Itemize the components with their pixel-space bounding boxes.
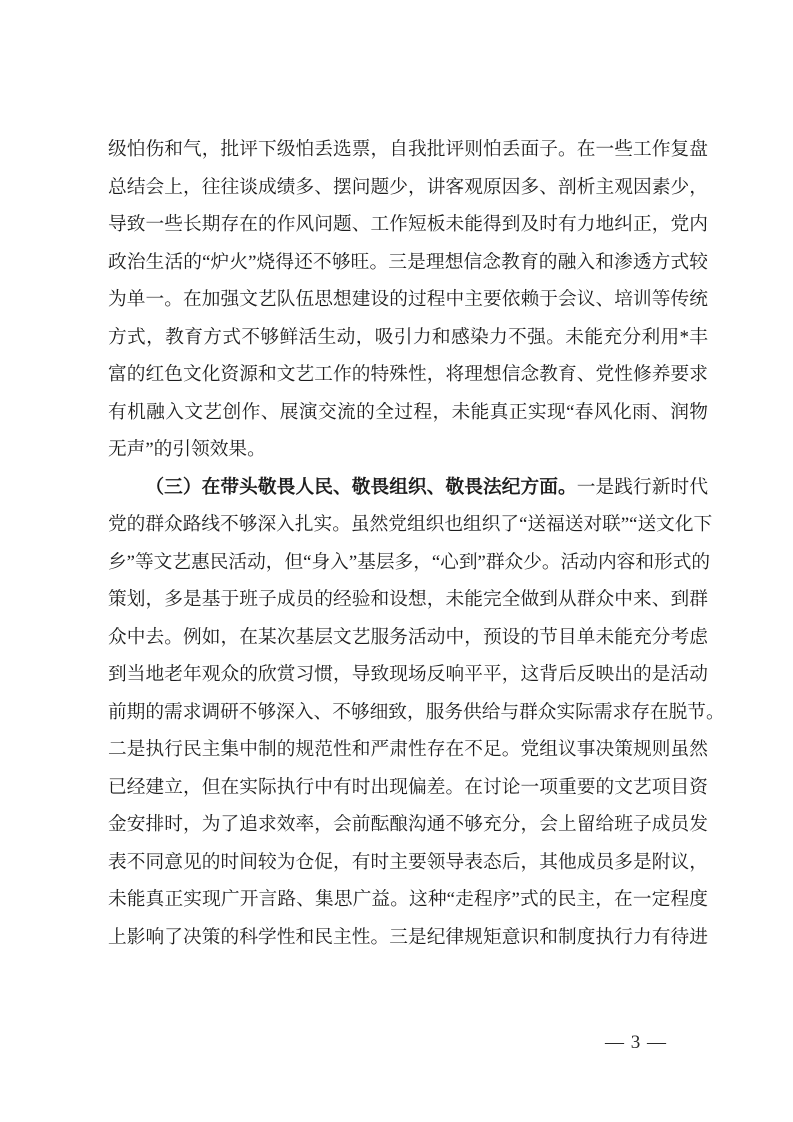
text-run: 策划，多是基于班子成员的经验和设想，未能完全做到从群众中来、到群 bbox=[108, 589, 708, 610]
text-line: 到当地老年观众的欣赏习惯，导致现场反响平平，这背后反映出的是活动 bbox=[108, 656, 708, 694]
text-body: 级怕伤和气，批评下级怕丢选票，自我批评则怕丢面子。在一些工作复盘总结会上，往往谈… bbox=[108, 131, 708, 956]
text-line: 乡”等文艺惠民活动，但“身入”基层多，“心到”群众少。活动内容和形式的 bbox=[108, 544, 708, 582]
text-line: 级怕伤和气，批评下级怕丢选票，自我批评则怕丢面子。在一些工作复盘 bbox=[108, 131, 708, 169]
text-run: 乡”等文艺惠民活动，但“身入”基层多，“心到”群众少。活动内容和形式的 bbox=[108, 552, 710, 573]
text-run: 有机融入文艺创作、展演交流的全过程，未能真正实现“春风化雨、润物 bbox=[108, 402, 708, 423]
text-line: 二是执行民主集中制的规范性和严肃性存在不足。党组议事决策规则虽然 bbox=[108, 731, 708, 769]
text-run: 上影响了决策的科学性和民主性。三是纪律规矩意识和制度执行力有待进 bbox=[108, 927, 708, 948]
section-heading: （三）在带头敬畏人民、敬畏组织、敬畏法纪方面。 bbox=[145, 477, 576, 498]
text-line: 有机融入文艺创作、展演交流的全过程，未能真正实现“春风化雨、润物 bbox=[108, 394, 708, 432]
text-line: 众中去。例如，在某次基层文艺服务活动中，预设的节目单未能充分考虑 bbox=[108, 619, 708, 657]
text-line: 表不同意见的时间较为仓促，有时主要领导表态后，其他成员多是附议， bbox=[108, 844, 708, 882]
text-run: 总结会上，往往谈成绩多、摆问题少，讲客观原因多、剖析主观因素少， bbox=[108, 177, 708, 198]
text-line: 导致一些长期存在的作风问题、工作短板未能得到及时有力地纠正，党内 bbox=[108, 206, 708, 244]
text-line: （三）在带头敬畏人民、敬畏组织、敬畏法纪方面。一是践行新时代 bbox=[108, 469, 708, 507]
text-line: 政治生活的“炉火”烧得还不够旺。三是理想信念教育的融入和渗透方式较 bbox=[108, 244, 708, 282]
text-line: 党的群众路线不够深入扎实。虽然党组织也组织了“送福送对联”“送文化下 bbox=[108, 506, 708, 544]
text-run: 党的群众路线不够深入扎实。虽然党组织也组织了“送福送对联”“送文化下 bbox=[108, 514, 712, 535]
text-line: 方式，教育方式不够鲜活生动，吸引力和感染力不强。未能充分利用*丰 bbox=[108, 319, 708, 357]
page-number: — 3 — bbox=[601, 1031, 671, 1055]
text-line: 前期的需求调研不够深入、不够细致，服务供给与群众实际需求存在脱节。 bbox=[108, 694, 708, 732]
text-line: 总结会上，往往谈成绩多、摆问题少，讲客观原因多、剖析主观因素少， bbox=[108, 169, 708, 207]
text-run: 前期的需求调研不够深入、不够细致，服务供给与群众实际需求存在脱节。 bbox=[108, 702, 725, 723]
text-line: 富的红色文化资源和文艺工作的特殊性，将理想信念教育、党性修养要求 bbox=[108, 356, 708, 394]
text-line: 策划，多是基于班子成员的经验和设想，未能完全做到从群众中来、到群 bbox=[108, 581, 708, 619]
text-line: 上影响了决策的科学性和民主性。三是纪律规矩意识和制度执行力有待进 bbox=[108, 919, 708, 957]
text-run: 表不同意见的时间较为仓促，有时主要领导表态后，其他成员多是附议， bbox=[108, 852, 708, 873]
text-line: 金安排时，为了追求效率，会前酝酿沟通不够充分，会上留给班子成员发 bbox=[108, 806, 708, 844]
text-line: 已经建立，但在实际执行中有时出现偏差。在讨论一项重要的文艺项目资 bbox=[108, 769, 708, 807]
text-run: 未能真正实现广开言路、集思广益。这种“走程序”式的民主，在一定程度 bbox=[108, 889, 708, 910]
text-run: 二是执行民主集中制的规范性和严肃性存在不足。党组议事决策规则虽然 bbox=[108, 739, 708, 760]
text-run: 导致一些长期存在的作风问题、工作短板未能得到及时有力地纠正，党内 bbox=[108, 214, 708, 235]
text-run: 方式，教育方式不够鲜活生动，吸引力和感染力不强。未能充分利用*丰 bbox=[108, 327, 708, 348]
text-run: 到当地老年观众的欣赏习惯，导致现场反响平平，这背后反映出的是活动 bbox=[108, 664, 708, 685]
text-run: 级怕伤和气，批评下级怕丢选票，自我批评则怕丢面子。在一些工作复盘 bbox=[108, 139, 708, 160]
text-run: 为单一。在加强文艺队伍思想建设的过程中主要依赖于会议、培训等传统 bbox=[108, 289, 708, 310]
text-run: 众中去。例如，在某次基层文艺服务活动中，预设的节目单未能充分考虑 bbox=[108, 627, 708, 648]
text-line: 无声”的引领效果。 bbox=[108, 431, 708, 469]
document-page: 级怕伤和气，批评下级怕丢选票，自我批评则怕丢面子。在一些工作复盘总结会上，往往谈… bbox=[0, 0, 793, 1122]
text-run: 已经建立，但在实际执行中有时出现偏差。在讨论一项重要的文艺项目资 bbox=[108, 777, 708, 798]
text-line: 未能真正实现广开言路、集思广益。这种“走程序”式的民主，在一定程度 bbox=[108, 881, 708, 919]
text-run: 一是践行新时代 bbox=[577, 477, 708, 498]
text-run: 富的红色文化资源和文艺工作的特殊性，将理想信念教育、党性修养要求 bbox=[108, 364, 708, 385]
text-line: 为单一。在加强文艺队伍思想建设的过程中主要依赖于会议、培训等传统 bbox=[108, 281, 708, 319]
text-run: 金安排时，为了追求效率，会前酝酿沟通不够充分，会上留给班子成员发 bbox=[108, 814, 708, 835]
text-run: 无声”的引领效果。 bbox=[108, 439, 266, 460]
text-run: 政治生活的“炉火”烧得还不够旺。三是理想信念教育的融入和渗透方式较 bbox=[108, 252, 708, 273]
